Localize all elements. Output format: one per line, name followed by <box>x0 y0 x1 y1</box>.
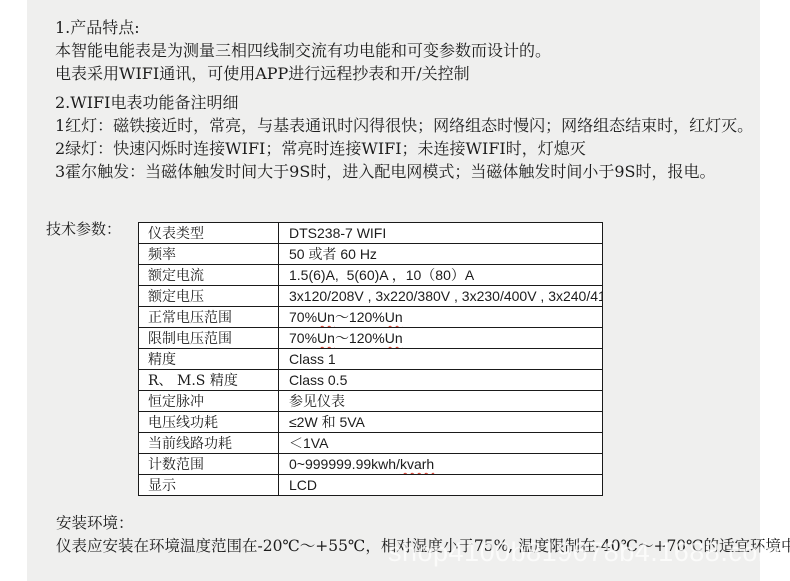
param-value-cell: ≤2W 和 5VA <box>279 412 603 433</box>
section-install-environment: 安装环境： 仪表应安装在环境温度范围在-20℃～+55℃，相对湿度小于75%, … <box>48 512 790 558</box>
param-name-cell: 当前线路功耗 <box>139 433 279 454</box>
table-row: 频率 50 或者 60 Hz <box>139 244 603 265</box>
param-name-cell: 频率 <box>139 244 279 265</box>
table-row: 恒定脉冲 参见仪表 <box>139 391 603 412</box>
param-value-cell: 70%Un～120%Un <box>279 307 603 328</box>
table-row: 正常电压范围 70%Un～120%Un <box>139 307 603 328</box>
table-row: 电压线功耗 ≤2W 和 5VA <box>139 412 603 433</box>
param-value-cell: 70%Un～120%Un <box>279 328 603 349</box>
section2-heading: 2.WIFI电表功能备注明细 <box>55 91 753 114</box>
section-product-features: 1.产品特点: 本智能电能表是为测量三相四线制交流有功电能和可变参数而设计的。 … <box>55 16 551 85</box>
param-value-cell: 50 或者 60 Hz <box>279 244 603 265</box>
param-name-cell: 额定电流 <box>139 265 279 286</box>
section2-line-hall-trigger: 3霍尔触发：当磁体触发时间大于9S时，进入配电网模式；当磁体触发时间小于9S时，… <box>55 160 753 183</box>
section2-line-red-led: 1红灯：磁铁接近时，常亮，与基表通讯时闪得很快；网络组态时慢闪；网络组态结束时，… <box>55 114 753 137</box>
param-name-cell: 额定电压 <box>139 286 279 307</box>
param-value-cell: DTS238-7 WIFI <box>279 223 603 244</box>
tech-table-body: 仪表类型 DTS238-7 WIFI 频率 50 或者 60 Hz 额定电流 1… <box>139 223 603 496</box>
tech-params-label: 技术参数： <box>46 218 121 239</box>
table-row: 计数范围 0~999999.99kwh/kvarh <box>139 454 603 475</box>
param-value-cell: LCD <box>279 475 603 496</box>
section-wifi-notes: 2.WIFI电表功能备注明细 1红灯：磁铁接近时，常亮，与基表通讯时闪得很快；网… <box>55 91 753 183</box>
section1-line-2: 电表采用WIFI通讯，可使用APP进行远程抄表和开/关控制 <box>55 62 551 85</box>
table-row: 显示 LCD <box>139 475 603 496</box>
param-name-cell: 电压线功耗 <box>139 412 279 433</box>
section1-heading: 1.产品特点: <box>55 16 551 39</box>
param-value-cell: ＜1VA <box>279 433 603 454</box>
param-value-cell: 3x120/208V , 3x220/380V , 3x230/400V , 3… <box>279 286 603 307</box>
param-name-cell: 限制电压范围 <box>139 328 279 349</box>
install-line: 仪表应安装在环境温度范围在-20℃～+55℃，相对湿度小于75%, 温度限制在-… <box>56 535 790 558</box>
param-name-cell: 正常电压范围 <box>139 307 279 328</box>
table-row: 限制电压范围 70%Un～120%Un <box>139 328 603 349</box>
page: 1.产品特点: 本智能电能表是为测量三相四线制交流有功电能和可变参数而设计的。 … <box>0 0 790 581</box>
param-name-cell: 精度 <box>139 349 279 370</box>
install-heading: 安装环境： <box>56 512 790 535</box>
table-row: 额定电压 3x120/208V , 3x220/380V , 3x230/400… <box>139 286 603 307</box>
table-row: 精度 Class 1 <box>139 349 603 370</box>
section2-line-green-led: 2绿灯：快速闪烁时连接WIFI；常亮时连接WIFI；未连接WIFI时，灯熄灭 <box>55 137 753 160</box>
param-value-cell: Class 0.5 <box>279 370 603 391</box>
param-name-cell: 计数范围 <box>139 454 279 475</box>
param-value-cell: 0~999999.99kwh/kvarh <box>279 454 603 475</box>
section1-line-1: 本智能电能表是为测量三相四线制交流有功电能和可变参数而设计的。 <box>55 39 551 62</box>
param-name-cell: 恒定脉冲 <box>139 391 279 412</box>
table-row: 当前线路功耗 ＜1VA <box>139 433 603 454</box>
tech-params-table: 仪表类型 DTS238-7 WIFI 频率 50 或者 60 Hz 额定电流 1… <box>138 222 603 496</box>
param-value-cell: 1.5(6)A, 5(60)A ，10（80）A <box>279 265 603 286</box>
param-value-cell: 参见仪表 <box>279 391 603 412</box>
param-name-cell: 仪表类型 <box>139 223 279 244</box>
param-name-cell: 显示 <box>139 475 279 496</box>
param-value-cell: Class 1 <box>279 349 603 370</box>
table-row: 仪表类型 DTS238-7 WIFI <box>139 223 603 244</box>
param-name-cell: R、 M.S 精度 <box>139 370 279 391</box>
table-row: 额定电流 1.5(6)A, 5(60)A ，10（80）A <box>139 265 603 286</box>
table-row: R、 M.S 精度 Class 0.5 <box>139 370 603 391</box>
